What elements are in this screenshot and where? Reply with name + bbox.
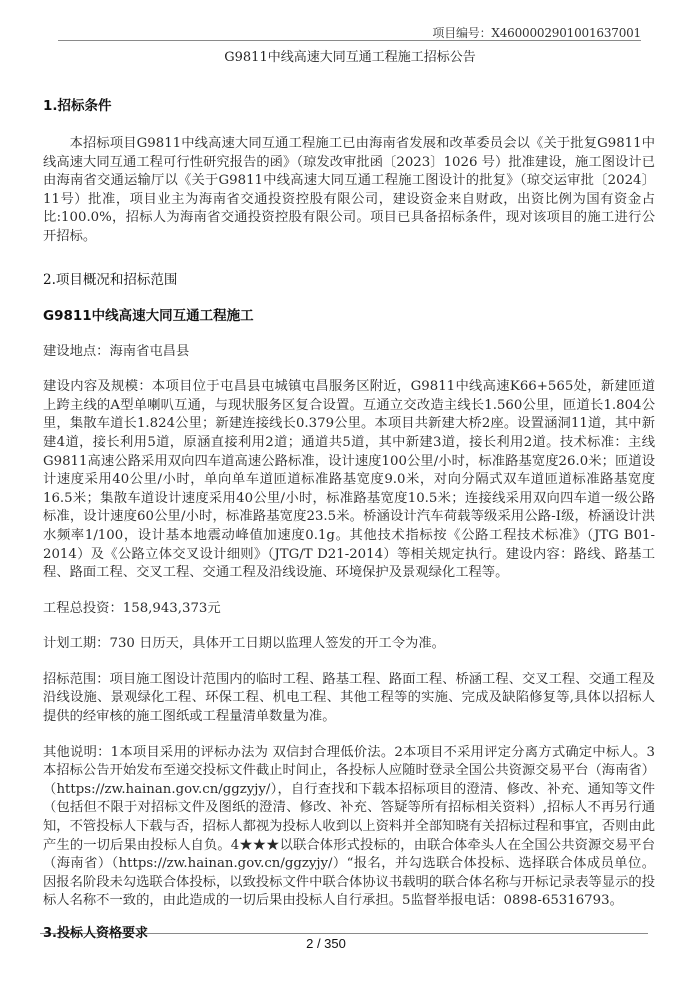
document-title: G9811中线高速大同互通工程施工招标公告 [0,46,700,65]
planned-duration: 计划工期：730 日历天，具体开工日期以监理人签发的开工令为准。 [43,635,655,654]
bid-conditions-paragraph: 本招标项目G9811中线高速大同互通工程施工已由海南省发展和改革委员会以《关于批… [43,135,655,247]
construction-scope: 建设内容及规模：本项目位于屯昌县屯城镇屯昌服务区附近，G9811中线高速K66+… [43,378,655,583]
construction-location: 建设地点：海南省屯昌县 [43,343,655,362]
header-divider [58,40,641,41]
project-id: 项目编号：X4600002901001637001 [432,24,641,41]
section-heading-project-overview: 2.项目概况和招标范围 [43,271,655,289]
section-heading-bid-conditions: 1.招标条件 [43,97,655,115]
document-body: 1.招标条件 本招标项目G9811中线高速大同互通工程施工已由海南省发展和改革委… [43,97,655,911]
bid-scope: 招标范围：项目施工图设计范围内的临时工程、路基工程、路面工程、桥涵工程、交叉工程… [43,671,655,727]
total-investment: 工程总投资：158,943,373元 [43,600,655,619]
page-number: 2 / 350 [0,936,652,951]
project-name: G9811中线高速大同互通工程施工 [43,307,655,325]
other-notes: 其他说明：1本项目采用的评标办法为 双信封合理低价法。2本项目不采用评定分离方式… [43,744,655,911]
document-page: 项目编号：X4600002901001637001 G9811中线高速大同互通工… [0,0,700,990]
